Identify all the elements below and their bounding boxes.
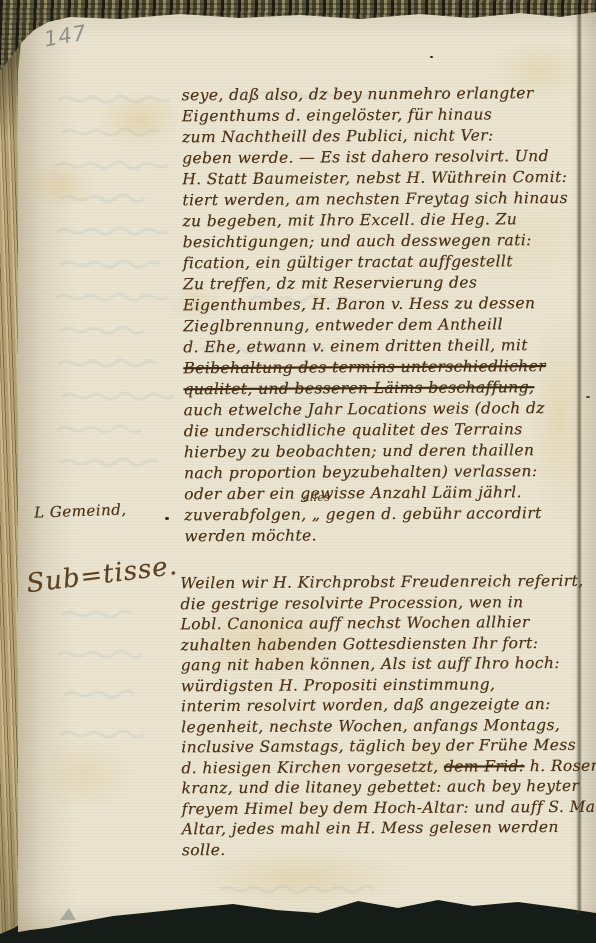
manuscript-line: Eigenthumbes, H. Baron v. Hess zu dessen <box>183 293 581 316</box>
manuscript-line: Zieglbrennung, entweder dem Antheill <box>183 314 581 337</box>
manuscript-paragraph-2: Weilen wir H. Kirchprobst Freudenreich r… <box>180 571 582 860</box>
manuscript-line: solle. <box>182 837 582 860</box>
manuscript-line: qualitet, und besseren Läims beschaffung… <box>183 377 581 400</box>
manuscript-line: zuhalten habenden Gottesdiensten Ihr for… <box>181 632 581 655</box>
manuscript-line: die gestrige resolvirte Procession, wen … <box>180 591 580 614</box>
manuscript-line: interim resolvirt worden, daß angezeigte… <box>181 694 581 717</box>
manuscript-line: besichtigungen; und auch desswegen rati: <box>182 230 580 253</box>
manuscript-line: inclusive Samstags, täglich bey der Früh… <box>181 735 581 758</box>
manuscript-line: Eigenthums d. eingelöster, für hinaus <box>182 104 580 127</box>
manuscript-line: würdigsten H. Propositi einstimmung, <box>181 673 581 696</box>
manuscript-paragraph-1: seye, daß also, dz bey nunmehro erlangte… <box>182 83 583 547</box>
manuscript-line: hierbey zu beobachten; und deren thaille… <box>184 440 582 463</box>
manuscript-line: freyem Himel bey dem Hoch-Altar: und auf… <box>182 796 582 819</box>
manuscript-line: zuverabfolgen, „ gegen d. gebühr accordi… <box>184 503 582 526</box>
manuscript-line: die underschidliche qualitet des Terrain… <box>184 419 582 442</box>
manuscript-line: werden möchte. <box>184 524 582 547</box>
manuscript-line: H. Statt Baumeister, nebst H. Wüthrein C… <box>182 167 580 190</box>
manuscript-line: Altar, jedes mahl ein H. Mess gelesen we… <box>182 817 582 840</box>
manuscript-line: auch etwelche Jahr Locations weis (doch … <box>184 398 582 421</box>
manuscript-line: zum Nachtheill des Publici, nicht Ver: <box>182 125 580 148</box>
manuscript-line: kranz, und die litaney gebettet: auch be… <box>181 776 581 799</box>
manuscript-line: Weilen wir H. Kirchprobst Freudenreich r… <box>180 571 580 594</box>
manuscript-line: geben werde. — Es ist dahero resolvirt. … <box>182 146 580 169</box>
manuscript-line: Zu treffen, dz mit Reservierung des <box>183 272 581 295</box>
manuscript-line: seye, daß also, dz bey nunmehro erlangte… <box>182 83 580 106</box>
manuscript-line: Beibehaltung des termins unterschiedlich… <box>183 356 581 379</box>
manuscript-line: legenheit, nechste Wochen, anfangs Monta… <box>181 714 581 737</box>
manuscript-line: tiert werden, am nechsten Freytag sich h… <box>182 188 580 211</box>
manuscript-page-scan: 147 L Gemeind, Sub=tisse. seye, daß also… <box>0 0 596 943</box>
interlinear-insertion: alles <box>303 491 330 504</box>
ink-speck <box>586 396 590 398</box>
manuscript-line: zu begeben, mit Ihro Excell. die Heg. Zu <box>182 209 580 232</box>
manuscript-line: fication, ein gültiger tractat auffgeste… <box>183 251 581 274</box>
manuscript-line: oder aber ein gewisse Anzahl Läim jährl. <box>184 482 582 505</box>
manuscript-line: d. Ehe, etwann v. einem dritten theill, … <box>183 335 581 358</box>
manuscript-line: nach proportion beyzubehalten) verlassen… <box>184 461 582 484</box>
manuscript-line: d. hiesigen Kirchen vorgesetzt, dem Frid… <box>181 755 581 778</box>
manuscript-line: gang nit haben können, Als ist auff Ihro… <box>181 653 581 676</box>
ink-speck <box>430 56 433 58</box>
manuscript-line: Lobl. Canonica auff nechst Wochen allhie… <box>180 612 580 635</box>
ink-speck <box>165 517 169 520</box>
margin-note-gemeind: L Gemeind, <box>34 500 127 521</box>
